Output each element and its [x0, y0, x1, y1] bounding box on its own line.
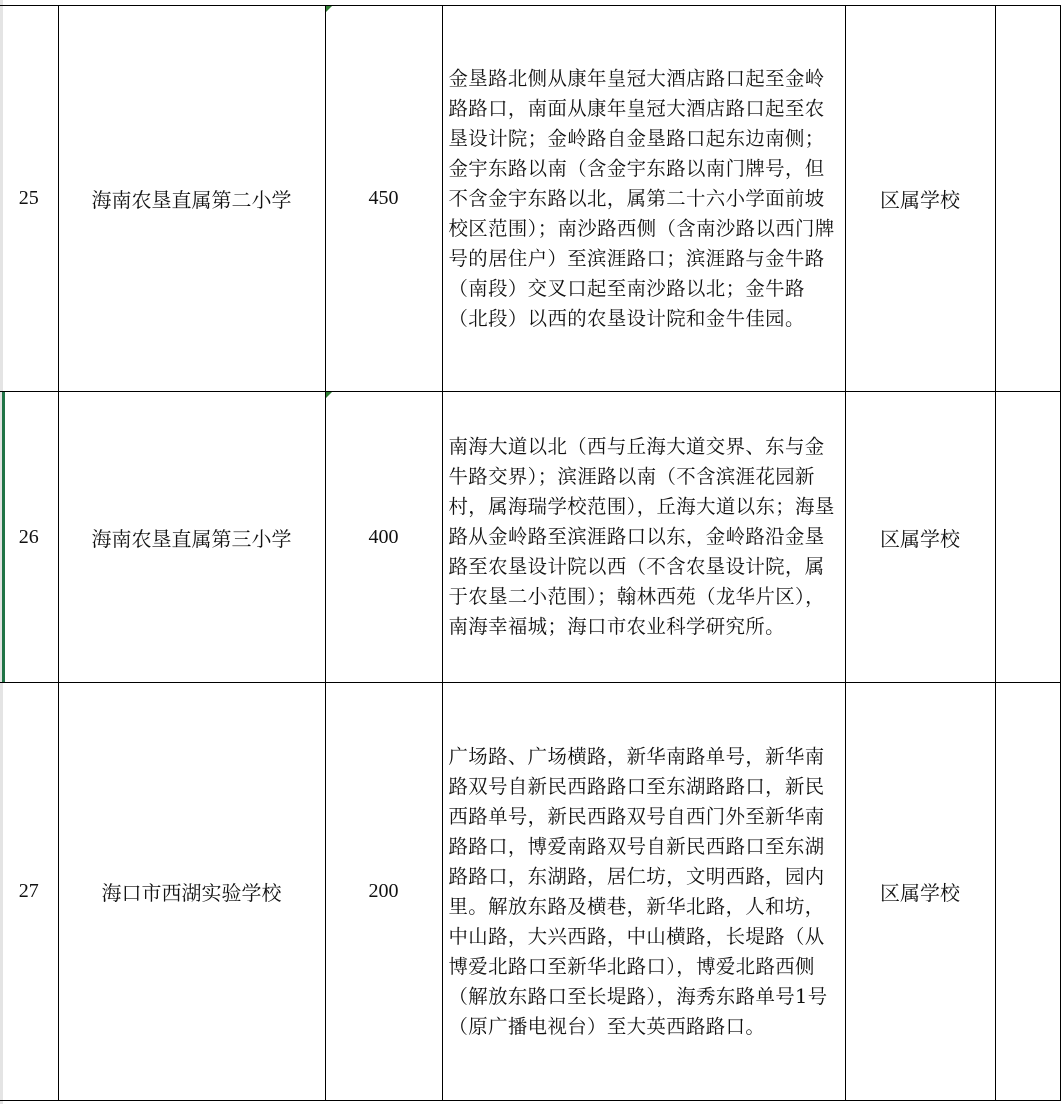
zone-description: 南海大道以北（西与丘海大道交界、东与金牛路交界）；滨涯路以南（不含滨涯花园新村，…: [443, 432, 845, 642]
table-row: 25 海南农垦直属第二小学 450 金垦路北侧从康年皇冠大酒店路口起至金岭路路口…: [0, 6, 1060, 392]
cell-school-name[interactable]: 海南农垦直属第三小学: [58, 392, 325, 683]
cell-school-name[interactable]: 海口市西湖实验学校: [58, 683, 325, 1101]
row-index: 26: [19, 526, 39, 548]
cell-enrollment[interactable]: 450: [325, 6, 442, 392]
school-name: 海口市西湖实验学校: [102, 881, 282, 905]
school-type: 区属学校: [880, 881, 960, 905]
row-index: 25: [19, 187, 39, 209]
cell-remarks[interactable]: [995, 392, 1060, 683]
cell-school-type[interactable]: 区属学校: [845, 392, 995, 683]
enrollment-count: 450: [369, 187, 399, 209]
cell-zone[interactable]: 金垦路北侧从康年皇冠大酒店路口起至金岭路路口，南面从康年皇冠大酒店路口起至农垦设…: [442, 6, 845, 392]
school-name: 海南农垦直属第二小学: [92, 188, 292, 212]
comment-marker-icon: [326, 6, 332, 12]
enrollment-count: 200: [369, 880, 399, 902]
cell-index[interactable]: 26: [0, 392, 58, 683]
cell-school-name[interactable]: 海南农垦直属第二小学: [58, 6, 325, 392]
cell-index[interactable]: 27: [0, 683, 58, 1101]
zone-description: 广场路、广场横路，新华南路单号，新华南路双号自新民西路路口至东湖路路口，新民西路…: [443, 742, 845, 1042]
row-index: 27: [19, 880, 39, 902]
cell-zone[interactable]: 南海大道以北（西与丘海大道交界、东与金牛路交界）；滨涯路以南（不含滨涯花园新村，…: [442, 392, 845, 683]
cell-index[interactable]: 25: [0, 6, 58, 392]
cell-remarks[interactable]: [995, 6, 1060, 392]
cell-zone[interactable]: 广场路、广场横路，新华南路单号，新华南路双号自新民西路路口至东湖路路口，新民西路…: [442, 683, 845, 1101]
table-row: 27 海口市西湖实验学校 200 广场路、广场横路，新华南路单号，新华南路双号自…: [0, 683, 1060, 1101]
cell-enrollment[interactable]: 200: [325, 683, 442, 1101]
cell-school-type[interactable]: 区属学校: [845, 683, 995, 1101]
enrollment-zone-table: 25 海南农垦直属第二小学 450 金垦路北侧从康年皇冠大酒店路口起至金岭路路口…: [0, 5, 1061, 1101]
cell-school-type[interactable]: 区属学校: [845, 6, 995, 392]
school-type: 区属学校: [880, 527, 960, 551]
school-type: 区属学校: [880, 188, 960, 212]
cell-enrollment[interactable]: 400: [325, 392, 442, 683]
cell-remarks[interactable]: [995, 683, 1060, 1101]
enrollment-count: 400: [369, 526, 399, 548]
table-row: 26 海南农垦直属第三小学 400 南海大道以北（西与丘海大道交界、东与金牛路交…: [0, 392, 1060, 683]
comment-marker-icon: [326, 392, 332, 398]
zone-description: 金垦路北侧从康年皇冠大酒店路口起至金岭路路口，南面从康年皇冠大酒店路口起至农垦设…: [443, 64, 845, 334]
school-name: 海南农垦直属第三小学: [92, 527, 292, 551]
